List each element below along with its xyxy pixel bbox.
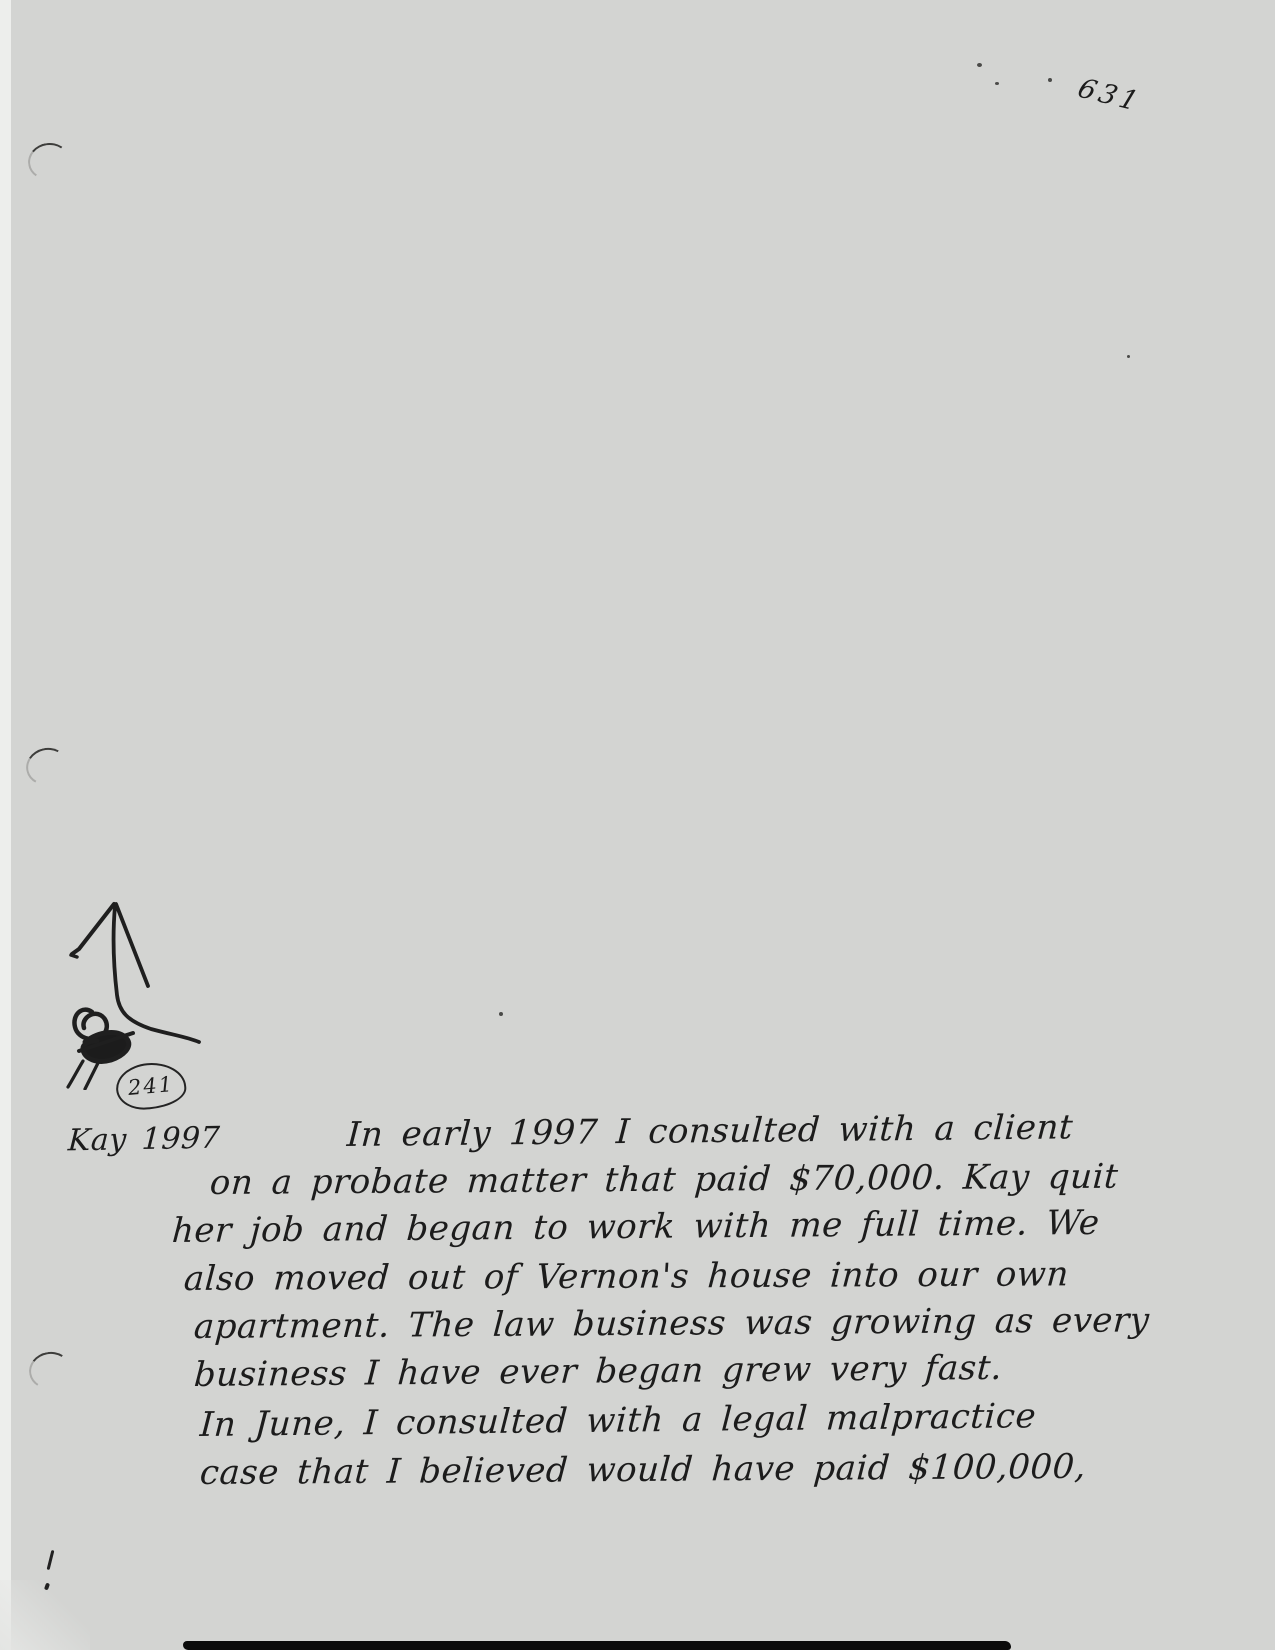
scanner-corner-fade — [0, 1580, 90, 1650]
ink-speck — [1127, 355, 1130, 358]
manuscript-line: on a probate matter that paid $70,000. K… — [209, 1157, 1120, 1203]
scanner-edge-strip — [0, 0, 11, 1650]
scan-artifact-bar — [183, 1641, 1011, 1650]
ink-speck — [977, 63, 982, 67]
hole-punch-middle — [22, 743, 72, 789]
manuscript-line: case that I believed would have paid $10… — [199, 1447, 1088, 1493]
hole-punch-top — [26, 140, 73, 182]
ink-speck — [995, 82, 999, 85]
margin-note-date: Kay 1997 — [67, 1121, 221, 1159]
manuscript-line: business I have ever began grew very fas… — [193, 1348, 1004, 1395]
manuscript-line: also moved out of Vernon's house into ou… — [183, 1254, 1071, 1299]
manuscript-line: In June, I consulted with a legal malpra… — [199, 1396, 1038, 1445]
stamp-number-text: 241 — [127, 1072, 175, 1100]
ink-speck — [1048, 78, 1052, 82]
hole-punch-bottom — [26, 1349, 74, 1393]
scanned-manuscript-page: 631 241 Kay 1997 — [0, 0, 1275, 1650]
arrow-doodle — [55, 845, 260, 1090]
pen-tick-mark — [47, 1550, 55, 1570]
manuscript-line: apartment. The law business was growing … — [193, 1300, 1151, 1347]
page-number: 631 — [1074, 73, 1146, 118]
ink-speck — [499, 1012, 503, 1016]
manuscript-line: her job and began to work with me full t… — [171, 1203, 1101, 1251]
manuscript-line: In early 1997 I consulted with a client — [346, 1107, 1074, 1155]
